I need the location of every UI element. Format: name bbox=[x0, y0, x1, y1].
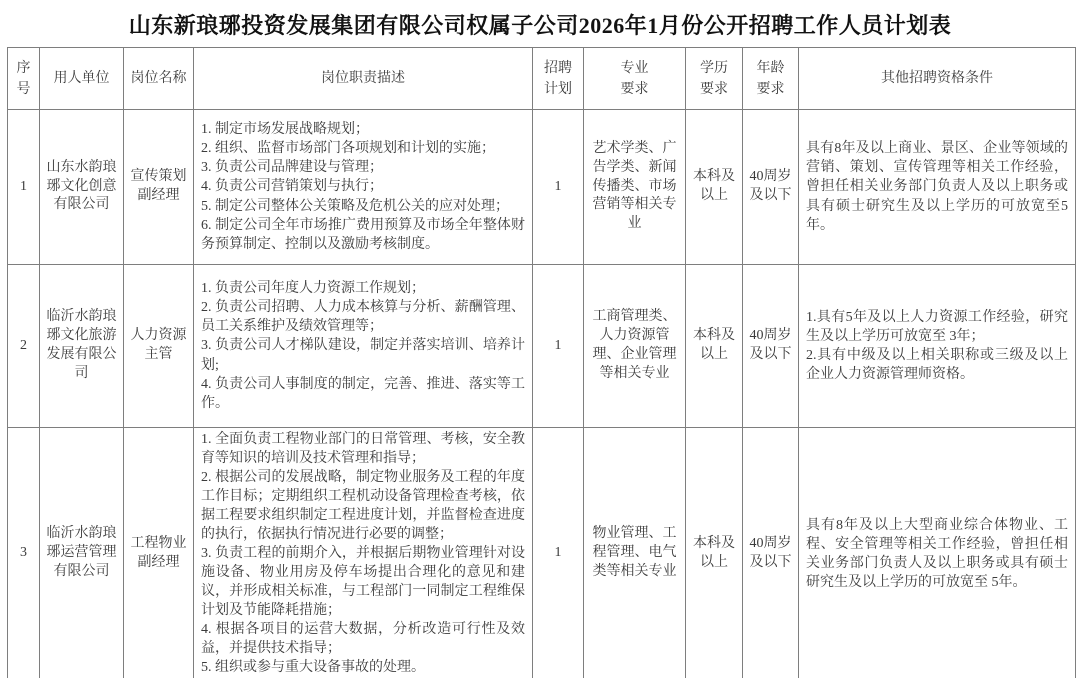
col-header-age-requirement: 年龄 要求 bbox=[743, 48, 799, 110]
other-qualifications: 具有8年及以上商业、景区、企业等领域的营销、策划、宣传管理等相关工作经验，曾担任… bbox=[799, 110, 1076, 265]
recruit-count: 1 bbox=[533, 265, 584, 428]
page-title: 山东新琅琊投资发展集团有限公司权属子公司2026年1月份公开招聘工作人员计划表 bbox=[10, 9, 1070, 40]
position-name: 工程物业副经理 bbox=[124, 428, 194, 678]
table-row: 2 临沂水韵琅琊文化旅游发展有限公司 人力资源主管 1. 负责公司年度人力资源工… bbox=[8, 265, 1076, 428]
duties-description: 1. 制定市场发展战略规划； 2. 组织、监督市场部门各项规划和计划的实施； 3… bbox=[194, 110, 533, 265]
header-row: 序号 用人单位 岗位名称 岗位职责描述 招聘 计划 专业 要求 学历 要求 年龄… bbox=[8, 48, 1076, 110]
major-requirement: 物业管理、工程管理、电气类等相关专业 bbox=[584, 428, 686, 678]
major-requirement: 工商管理类、人力资源管理、企业管理等相关专业 bbox=[584, 265, 686, 428]
serial-number: 3 bbox=[8, 428, 40, 678]
col-header-duties: 岗位职责描述 bbox=[194, 48, 533, 110]
education-requirement: 本科及以上 bbox=[686, 428, 743, 678]
education-requirement: 本科及以上 bbox=[686, 110, 743, 265]
duties-description: 1. 全面负责工程物业部门的日常管理、考核，安全教育等知识的培训及技术管理和指导… bbox=[194, 428, 533, 678]
col-header-education-requirement: 学历 要求 bbox=[686, 48, 743, 110]
position-name: 宣传策划副经理 bbox=[124, 110, 194, 265]
employer-name: 临沂水韵琅琊运营管理有限公司 bbox=[40, 428, 124, 678]
position-name: 人力资源主管 bbox=[124, 265, 194, 428]
col-header-position-name: 岗位名称 bbox=[124, 48, 194, 110]
col-header-serial-number: 序号 bbox=[8, 48, 40, 110]
recruit-count: 1 bbox=[533, 110, 584, 265]
duties-description: 1. 负责公司年度人力资源工作规划； 2. 负责公司招聘、人力成本核算与分析、薪… bbox=[194, 265, 533, 428]
col-header-major-requirement: 专业 要求 bbox=[584, 48, 686, 110]
col-header-other-qualifications: 其他招聘资格条件 bbox=[799, 48, 1076, 110]
table-row: 3 临沂水韵琅琊运营管理有限公司 工程物业副经理 1. 全面负责工程物业部门的日… bbox=[8, 428, 1076, 678]
other-qualifications: 1.具有5年及以上人力资源工作经验，研究生及以上学历可放宽至 3年； 2.具有中… bbox=[799, 265, 1076, 428]
col-header-employer: 用人单位 bbox=[40, 48, 124, 110]
major-requirement: 艺术学类、广告学类、新闻传播类、市场营销等相关专业 bbox=[584, 110, 686, 265]
table-row: 1 山东水韵琅琊文化创意有限公司 宣传策划副经理 1. 制定市场发展战略规划； … bbox=[8, 110, 1076, 265]
serial-number: 1 bbox=[8, 110, 40, 265]
education-requirement: 本科及以上 bbox=[686, 265, 743, 428]
age-requirement: 40周岁及以下 bbox=[743, 110, 799, 265]
col-header-recruit-count: 招聘 计划 bbox=[533, 48, 584, 110]
employer-name: 临沂水韵琅琊文化旅游发展有限公司 bbox=[40, 265, 124, 428]
other-qualifications: 具有8年及以上大型商业综合体物业、工程、安全管理等相关工作经验，曾担任相关业务部… bbox=[799, 428, 1076, 678]
recruit-count: 1 bbox=[533, 428, 584, 678]
age-requirement: 40周岁及以下 bbox=[743, 265, 799, 428]
recruitment-plan-table: 序号 用人单位 岗位名称 岗位职责描述 招聘 计划 专业 要求 学历 要求 年龄… bbox=[7, 47, 1076, 678]
employer-name: 山东水韵琅琊文化创意有限公司 bbox=[40, 110, 124, 265]
serial-number: 2 bbox=[8, 265, 40, 428]
age-requirement: 40周岁及以下 bbox=[743, 428, 799, 678]
